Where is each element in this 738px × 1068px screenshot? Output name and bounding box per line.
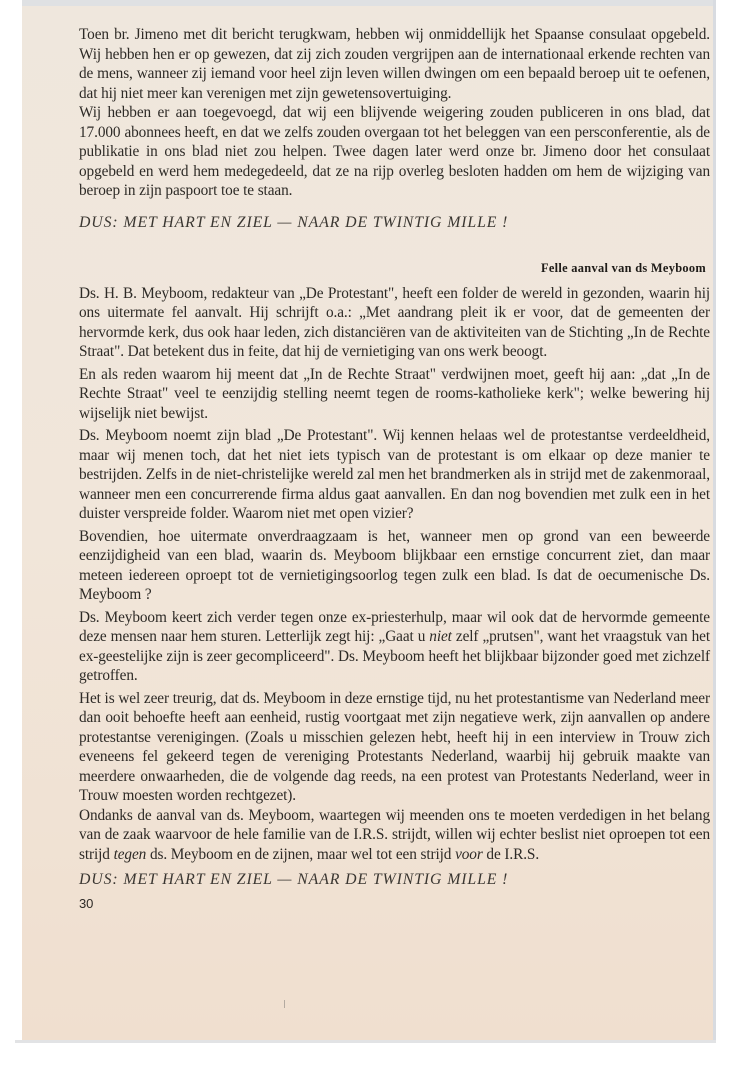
emphasis: niet <box>429 628 452 645</box>
paragraph-meyboom-folder: Ds. H. B. Meyboom, redakteur van „De Pro… <box>79 284 710 362</box>
paragraph-treurig: Het is wel zeer treurig, dat ds. Meyboom… <box>79 689 710 806</box>
section-heading: Felle aanval van ds Meyboom <box>79 259 706 279</box>
paragraph-publication-threat: Wij hebben er aan toegevoegd, dat wij ee… <box>79 103 710 201</box>
text-run: de I.R.S. <box>483 846 539 863</box>
emphasis: voor <box>455 846 483 863</box>
paragraph-intolerance: Bovendien, hoe uitermate onverdraagzaam … <box>79 527 710 605</box>
emphasis: tegen <box>114 846 147 863</box>
paragraph-jimeno-consulate: Toen br. Jimeno met dit bericht terugkwa… <box>79 25 710 103</box>
paragraph-priesterhulp: Ds. Meyboom keert zich verder tegen onze… <box>79 608 710 686</box>
scan-mark <box>284 1000 285 1008</box>
paragraph-reason: En als reden waarom hij meent dat „In de… <box>79 365 710 424</box>
page-bottom-edge <box>15 1040 716 1043</box>
page-content: Toen br. Jimeno met dit bericht terugkwa… <box>79 25 710 913</box>
slogan: DUS: MET HART EN ZIEL — NAAR DE TWINTIG … <box>79 213 710 233</box>
paragraph-protestant: Ds. Meyboom noemt zijn blad „De Protesta… <box>79 426 710 524</box>
page-number: 30 <box>79 894 710 914</box>
page-right-edge <box>713 0 716 1040</box>
text-run: ds. Meyboom en de zijnen, maar wel tot e… <box>146 846 455 863</box>
slogan-closing: DUS: MET HART EN ZIEL — NAAR DE TWINTIG … <box>79 870 710 890</box>
paragraph-ondanks: Ondanks de aanval van ds. Meyboom, waart… <box>79 806 710 865</box>
